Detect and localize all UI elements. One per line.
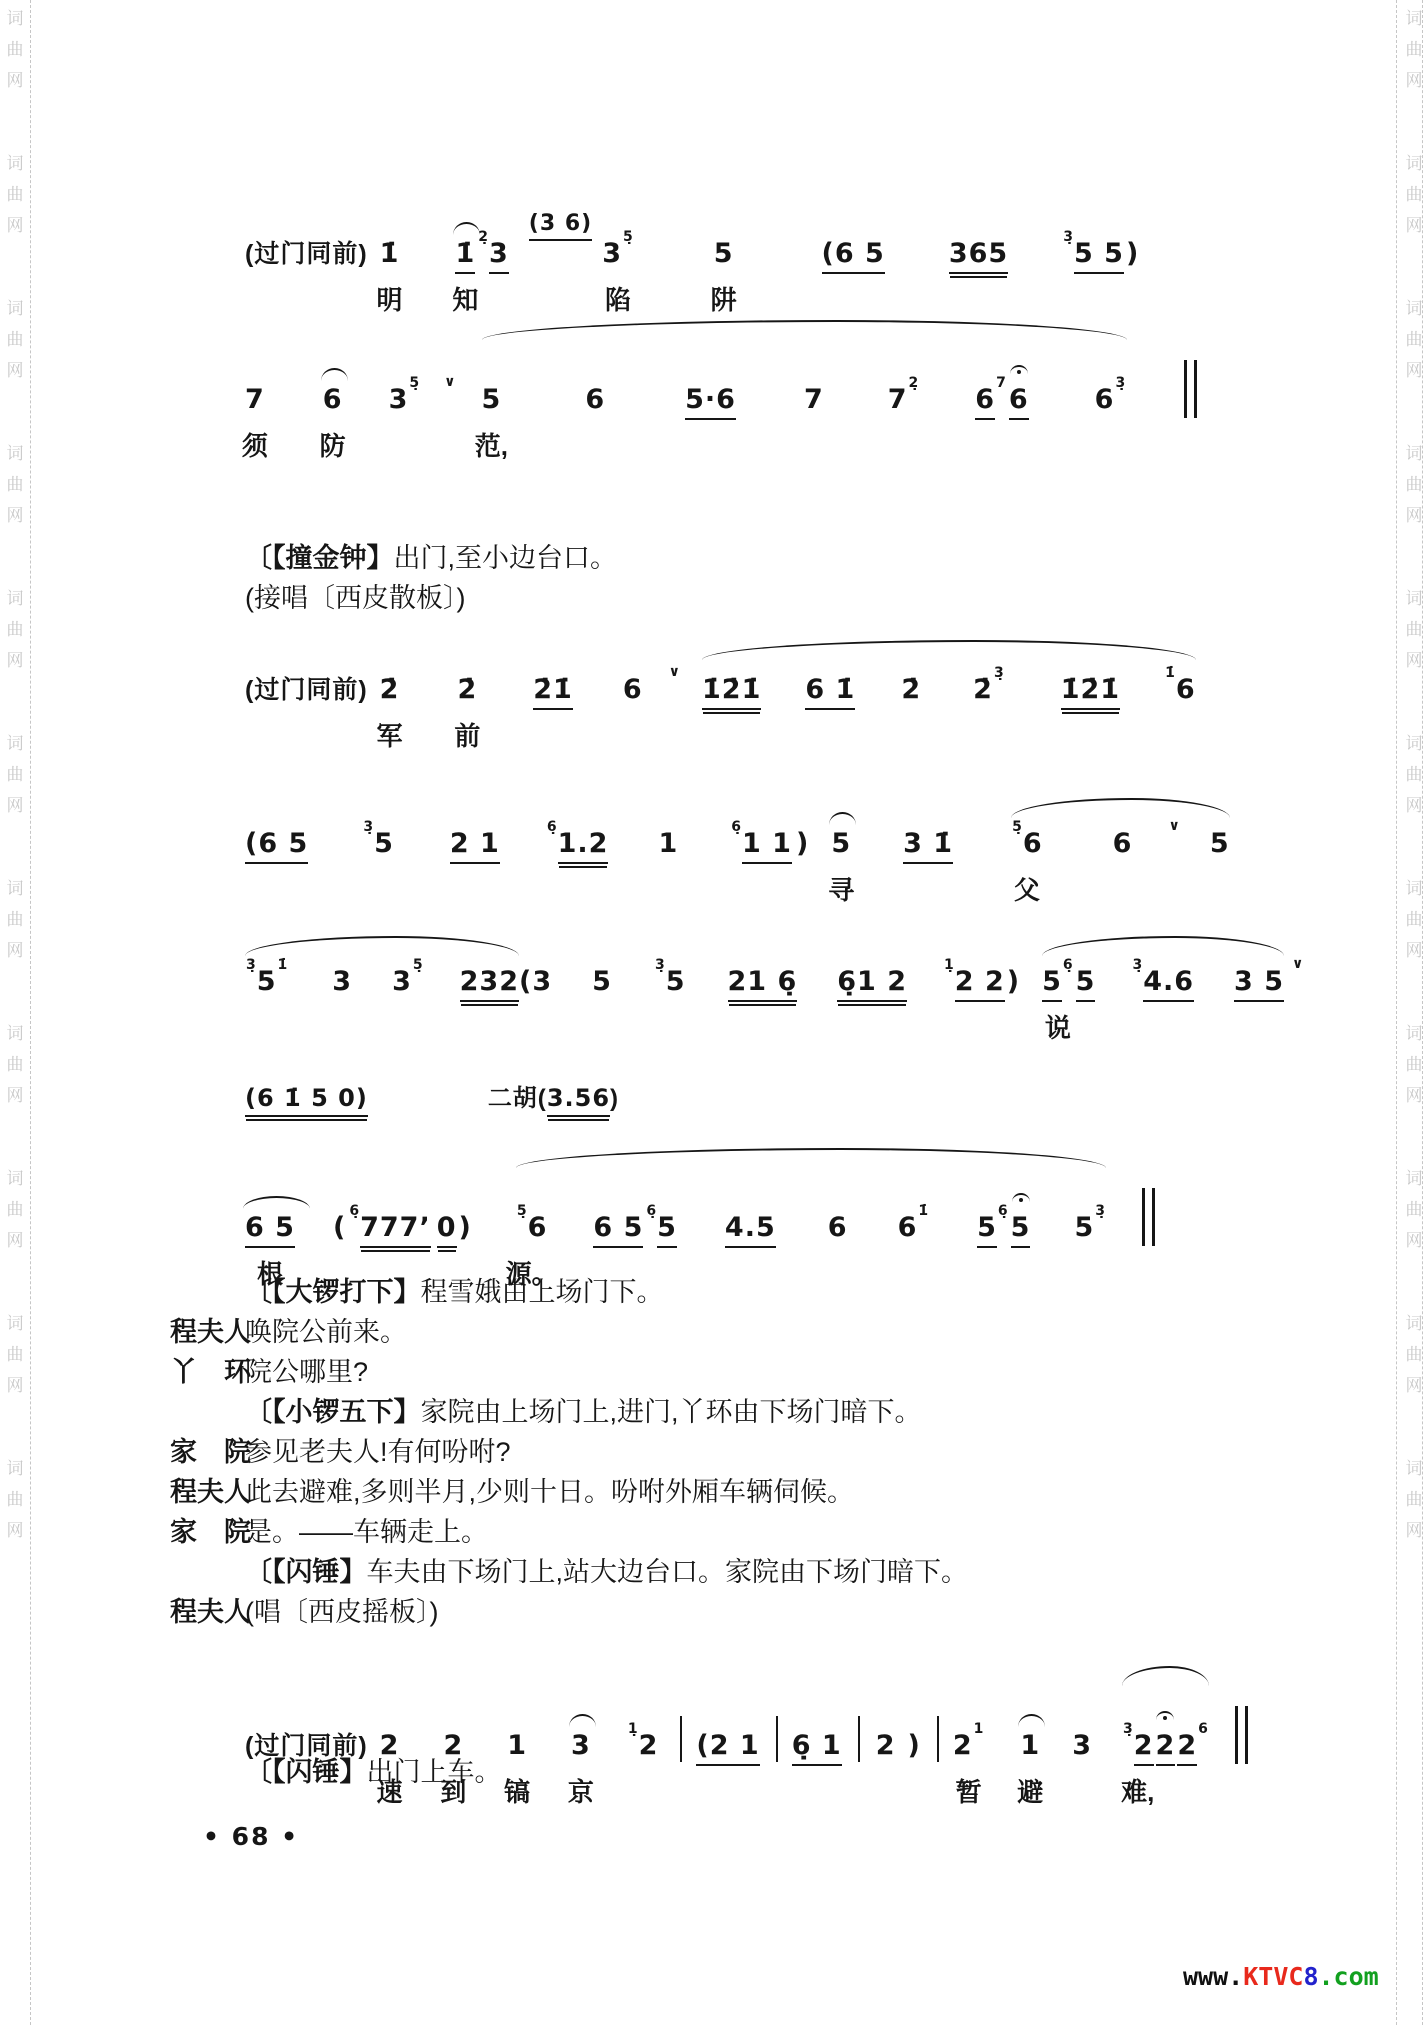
grace-note: 1̇: [278, 957, 288, 973]
note-token: 3̣51̇: [245, 966, 288, 1000]
note-figure: 7: [804, 384, 824, 418]
note-figure: 4.6: [1143, 966, 1194, 1002]
tie-arc: [243, 1196, 310, 1209]
grace-note: 1̇: [918, 1203, 928, 1219]
note-figure: ): [459, 1212, 472, 1246]
stage-directions-top: 〔【撞金钟】出门,至小边台口。(接唱〔西皮散板〕): [245, 538, 1425, 618]
note-figure: 4.5: [725, 1212, 776, 1248]
grace-note: 5̣: [409, 375, 419, 391]
note-token: (6 5: [245, 828, 308, 864]
watermark-char: 网: [3, 1232, 27, 1249]
note-token: 5̣6源。: [516, 1212, 548, 1246]
lyric-syllable: 军: [377, 716, 403, 753]
note-token: 5̣6父: [1011, 828, 1043, 862]
note-token: 63̣: [1095, 384, 1127, 418]
note-token: 1̇明: [380, 238, 400, 272]
note-token: 61̇: [898, 1212, 930, 1246]
grace-note: 2̣: [478, 229, 488, 245]
lyric-syllable: 父: [1014, 870, 1040, 907]
note-figure: 2 1: [450, 828, 500, 864]
watermark-group: 词曲网: [3, 300, 27, 379]
note-figure: 6: [1113, 828, 1133, 862]
watermark-char: 曲: [3, 476, 27, 493]
direction-text: 是。——车辆走上。: [245, 1517, 488, 1547]
note-figure: ): [796, 828, 809, 862]
script-row: 程夫人此去避难,多则半月,少则十日。吩咐外厢车辆伺候。: [170, 1472, 1370, 1512]
note-token: 5: [1011, 1212, 1031, 1248]
note-token: ): [610, 1084, 619, 1116]
fermata-icon: [1156, 1711, 1174, 1722]
note-token: 6̣1.2: [546, 828, 609, 864]
note-token: 6 5: [593, 1212, 643, 1248]
line-label: (过门同前): [245, 670, 368, 706]
watermark-char: 曲: [3, 1346, 27, 1363]
direction-text: (接唱〔西皮散板〕): [245, 583, 465, 613]
direction-text: 出门上车。: [367, 1757, 502, 1787]
fermata-icon: [1012, 1193, 1030, 1204]
note-token: 4.5: [725, 1212, 776, 1248]
note-figure: 3 5: [1234, 966, 1284, 1002]
percussion-cue: 〔【闪锤】: [245, 1557, 367, 1587]
note-token: 3 5: [1234, 966, 1284, 1002]
tie-arc: [453, 222, 480, 235]
percussion-cue: 〔【大锣打下】: [245, 1277, 421, 1307]
note-figure: ): [610, 1085, 619, 1116]
note-token: 6 1̇: [805, 674, 855, 710]
grace-note: 3̣: [1132, 957, 1142, 973]
note-figure: 1̇: [380, 238, 400, 272]
note-figure: 7: [888, 384, 908, 418]
note-token: 5: [1210, 828, 1230, 862]
fermata-icon: [1010, 365, 1028, 376]
note-figure: 365: [949, 238, 1008, 274]
direction-text: (唱〔西皮摇板〕): [245, 1597, 438, 1627]
note-figure: (3: [519, 966, 552, 1000]
watermark-char: 曲: [3, 186, 27, 203]
note-figure: 6 5: [245, 1212, 295, 1248]
line-label: (过门同前): [245, 234, 368, 270]
direction-text: 此去避难,多则半月,少则十日。吩咐外厢车辆伺候。: [245, 1477, 854, 1507]
grace-note: 6̣: [349, 1203, 359, 1219]
watermark-char: 曲: [3, 331, 27, 348]
note-token: 1̣2 2: [943, 966, 1005, 1002]
note-figure: 3: [602, 238, 622, 272]
script-row: 程夫人唤院公前来。: [170, 1312, 1370, 1352]
watermark-char: 词: [3, 1025, 27, 1042]
note-figure: 5: [666, 966, 686, 1000]
right-dashed-rule: [1396, 0, 1397, 2025]
note-token: 67: [975, 384, 1007, 420]
percussion-cue: 〔【撞金钟】: [245, 543, 394, 573]
note-token: 3̣5: [654, 966, 686, 1000]
note-figure: 5 5: [1074, 238, 1124, 274]
note-token: 2̇前: [457, 674, 477, 708]
grace-note: 5̣: [1012, 819, 1022, 835]
music-line-4: (6 53̣52 16̣1.216̣1 1)5寻3 1̇5̣6父6∨5: [245, 790, 1230, 864]
slur-arc: [1042, 936, 1284, 956]
script-row: 〔【闪锤】车夫由下场门上,站大边台口。家院由下场门暗下。: [170, 1552, 1370, 1592]
watermark-group: 词曲网: [3, 590, 27, 669]
watermark-char: 曲: [3, 766, 27, 783]
note-token: 6̣1 2: [837, 966, 907, 1002]
grace-note: 3̣: [246, 957, 256, 973]
note-figure: 7: [245, 384, 265, 418]
note-token: 365: [949, 238, 1008, 274]
watermark-char: 网: [3, 1377, 27, 1394]
tie-arc: [829, 812, 856, 825]
note-token: 6: [1009, 384, 1029, 420]
note-token: (: [333, 1212, 346, 1246]
note-token: (3 6): [529, 211, 592, 241]
note-figure: 3.56: [547, 1084, 610, 1117]
note-token: 6: [585, 384, 605, 418]
note-figure: 3: [389, 384, 409, 418]
watermark-char: 网: [3, 362, 27, 379]
note-token: 72̣: [888, 384, 920, 418]
note-token: 3: [332, 966, 352, 1000]
note-figure: 0: [437, 1212, 457, 1248]
watermark-char: 曲: [3, 1056, 27, 1073]
note-token: 21 6̣: [728, 966, 798, 1002]
note-figure: 3: [392, 966, 412, 1000]
barline: [1142, 1188, 1155, 1246]
note-figure: (6 5: [245, 828, 308, 864]
watermark-group: 词曲网: [3, 10, 27, 89]
note-figure: (: [333, 1212, 346, 1246]
note-figure: 6: [898, 1212, 918, 1246]
grace-note: 6̣: [547, 819, 557, 835]
direction-text: 程雪娥由上场门下。: [421, 1277, 664, 1307]
watermark-group: 词曲网: [3, 880, 27, 959]
site-watermark: www.KTVC8.com: [1183, 1962, 1379, 1991]
slur-arc: [245, 936, 519, 956]
note-token: ): [1007, 966, 1020, 1000]
grace-note: 1̣: [944, 957, 954, 973]
note-token: 1̇6: [1164, 674, 1196, 708]
grace-note: 3̣: [1095, 1203, 1105, 1219]
breath-mark: ∨: [1168, 828, 1179, 859]
watermark-group: 词曲网: [3, 1460, 27, 1539]
speaker-name: 程夫人: [170, 1592, 251, 1632]
grace-note: 6̣: [731, 819, 741, 835]
note-token: 1̇2̇1̇: [702, 674, 761, 710]
grace-note: 7: [996, 375, 1006, 391]
right-edge-dashed-rule: [1422, 0, 1423, 2025]
note-figure: 5: [1210, 828, 1230, 862]
note-figure: ): [1126, 238, 1139, 272]
script-row: (接唱〔西皮散板〕): [245, 578, 1425, 618]
music-line-5: 3̣51̇335̣232(353̣521 6̣6̣1 21̣2 2)56̣说53…: [245, 928, 1303, 1002]
note-token: 3 1̇: [903, 828, 953, 864]
music-line-3: (过门同前)2̇军2̇前2̇1̇6∨1̇2̇1̇6 1̇2̇2̇3̣1̇2̇1̇…: [245, 632, 1196, 710]
note-figure: 5: [977, 1212, 997, 1248]
grace-note: 5̣: [413, 957, 423, 973]
grace-note: 3̣: [363, 819, 373, 835]
note-figure: 5: [482, 384, 502, 418]
music-line-7: (过门同前)2速2到1镐3京1̣2(2 16̣ 12)21暂1避33̣2难,22…: [245, 1658, 1248, 1766]
note-figure: 6: [623, 674, 643, 708]
direction-text: 家院由上场门上,进门,丫环由下场门暗下。: [421, 1397, 922, 1427]
note-token: 6̣5: [645, 1212, 677, 1248]
note-token: 53̣: [1074, 1212, 1106, 1246]
note-figure: 1.2: [558, 828, 609, 864]
slur-arc: [1122, 1666, 1209, 1686]
lyric-syllable: 说: [1045, 1008, 1071, 1045]
note-figure: 1 1: [742, 828, 792, 864]
watermark-char: 网: [3, 507, 27, 524]
tie-arc: [321, 368, 348, 381]
watermark-char: 曲: [3, 41, 27, 58]
watermark-char: 词: [3, 10, 27, 27]
note-token: 7须: [245, 384, 265, 418]
note-figure: 6: [323, 384, 343, 418]
note-token: 35̣: [389, 384, 421, 418]
script-row: 〔【小锣五下】家院由上场门上,进门,丫环由下场门暗下。: [170, 1392, 1370, 1432]
note-figure: 2̇: [457, 674, 477, 708]
site-watermark-segment: www.: [1183, 1962, 1243, 1991]
note-figure: 5: [257, 966, 277, 1000]
note-token: (6 5: [822, 238, 885, 274]
note-token: 2̇1̇: [533, 674, 573, 710]
note-figure: 6: [1176, 674, 1196, 708]
lyric-syllable: 范,: [475, 426, 508, 463]
watermark-char: 网: [3, 652, 27, 669]
grace-note: 6̣: [998, 1203, 1008, 1219]
note-token: 2̇: [901, 674, 921, 708]
breath-glyph: ∨: [444, 374, 455, 390]
grace-note: 3̣: [994, 665, 1004, 681]
note-figure: 5: [1074, 1212, 1094, 1246]
note-token: 0: [437, 1212, 457, 1248]
note-token: 6: [623, 674, 643, 708]
note-figure: 6: [1009, 384, 1029, 420]
note-figure: 2̇1̇: [533, 674, 573, 710]
watermark-char: 词: [3, 1170, 27, 1187]
watermark-char: 网: [3, 72, 27, 89]
watermark-char: 词: [3, 1460, 27, 1477]
note-figure: 1: [658, 828, 678, 862]
note-token: ): [1126, 238, 1139, 272]
grace-note: 3̣: [1063, 229, 1073, 245]
music-line-6: 6 5根(6̣777ʼ0)5̣6源。6 56̣54.5661̇56̣553̣: [245, 1140, 1155, 1248]
note-token: 5: [1076, 966, 1096, 1002]
slur-arc: [702, 640, 1196, 660]
left-watermark-column: 词曲网词曲网词曲网词曲网词曲网词曲网词曲网词曲网词曲网词曲网词曲网: [3, 0, 27, 2025]
note-token: 5阱: [714, 238, 734, 272]
watermark-group: 词曲网: [3, 735, 27, 814]
note-figure: 777ʼ: [360, 1212, 431, 1248]
direction-text: 车夫由下场门上,站大边台口。家院由下场门暗下。: [367, 1557, 969, 1587]
lyric-syllable: 防: [320, 426, 346, 463]
lyric-syllable: 寻: [828, 870, 854, 907]
percussion-cue: 〔【小锣五下】: [245, 1397, 421, 1427]
note-token: 3̣4.6: [1131, 966, 1194, 1002]
left-dashed-rule: [30, 0, 31, 2025]
grace-note: 3̣: [655, 957, 665, 973]
note-token: (3: [519, 966, 552, 1000]
grace-note: 2̣: [909, 375, 919, 391]
note-figure: 6: [585, 384, 605, 418]
note-token: 35̣: [392, 966, 424, 1000]
grace-note: 6: [1198, 1721, 1208, 1737]
tie-arc: [569, 1714, 596, 1727]
note-token: 6防: [323, 384, 343, 418]
speaker-name: 程夫人: [170, 1472, 251, 1512]
music-line-1: (过门同前)1̇明1̇知2̣3(3 6)35̣陷5阱(6 53653̣5 5): [245, 196, 1139, 274]
watermark-char: 曲: [3, 1491, 27, 1508]
page-number: • 68 •: [203, 1822, 299, 1851]
grace-note: 6̣: [646, 1203, 656, 1219]
note-token: 2̇军: [380, 674, 400, 708]
watermark-char: 曲: [3, 621, 27, 638]
erhu-annotation-line: (6 1̇ 5 0)二胡(3.56): [245, 1062, 619, 1117]
note-figure: 6 1̇: [805, 674, 855, 710]
watermark-char: 网: [3, 942, 27, 959]
note-token: 232: [460, 966, 519, 1002]
note-token: 6 5根: [245, 1212, 295, 1248]
breath-mark: ∨: [444, 384, 455, 415]
speaker-name: 家 院: [170, 1512, 251, 1552]
watermark-char: 词: [3, 155, 27, 172]
note-token: ): [796, 828, 809, 862]
note-figure: 1̇2̇1̇: [1061, 674, 1120, 710]
note-token: 6̣777ʼ: [348, 1212, 430, 1248]
note-token: (6 1̇ 5 0): [245, 1084, 368, 1117]
note-figure: 5: [592, 966, 612, 1000]
script-row: 〔【撞金钟】出门,至小边台口。: [245, 538, 1425, 578]
note-figure: 2̇: [973, 674, 993, 708]
direction-text: 院公哪里?: [245, 1357, 368, 1387]
barline: [1184, 360, 1197, 418]
note-figure: 6 5: [593, 1212, 643, 1248]
site-watermark-segment: KTVC: [1243, 1962, 1303, 1991]
lyric-syllable: 须: [242, 426, 268, 463]
watermark-char: 词: [3, 445, 27, 462]
grace-note: 5̣: [517, 1203, 527, 1219]
breath-glyph: ∨: [1292, 956, 1303, 972]
watermark-group: 词曲网: [3, 1025, 27, 1104]
percussion-cue: 〔【闪锤】: [245, 1757, 367, 1787]
watermark-char: 曲: [3, 911, 27, 928]
script-row: 家 院参见老夫人!有何吩咐?: [170, 1432, 1370, 1472]
watermark-group: 词曲网: [3, 1315, 27, 1394]
score-page: 词曲网词曲网词曲网词曲网词曲网词曲网词曲网词曲网词曲网词曲网词曲网 词曲网词曲网…: [0, 0, 1425, 2025]
slur-arc: [482, 320, 1127, 340]
grace-note: 3̣: [1115, 375, 1125, 391]
note-figure: 21 6̣: [728, 966, 798, 1002]
note-figure: 6: [828, 1212, 848, 1246]
breath-mark: ∨: [669, 674, 680, 705]
note-token: 2̣3: [477, 238, 509, 274]
note-figure: 5: [714, 238, 734, 272]
note-figure: 232: [460, 966, 519, 1002]
note-figure: 5·6: [685, 384, 736, 420]
grace-note: 1̣: [628, 1721, 638, 1737]
note-figure: (3 6): [529, 211, 592, 241]
dialogue-block: 〔【大锣打下】程雪娥由上场门下。程夫人唤院公前来。丫 环院公哪里?〔【小锣五下】…: [170, 1272, 1370, 1632]
note-token: 1̇2̇1̇: [1061, 674, 1120, 710]
note-figure: 3: [332, 966, 352, 1000]
speaker-name: 家 院: [170, 1432, 251, 1472]
note-figure: 5: [657, 1212, 677, 1248]
note-figure: 6: [975, 384, 995, 420]
watermark-char: 词: [3, 590, 27, 607]
watermark-char: 网: [3, 217, 27, 234]
site-watermark-segment: 8: [1303, 1962, 1318, 1991]
note-figure: 5: [1042, 966, 1062, 1002]
note-figure: 6: [528, 1212, 548, 1246]
note-token: 2̇3̣: [973, 674, 1005, 708]
speaker-name: 丫 环: [170, 1352, 251, 1392]
note-token: 6: [1113, 828, 1133, 862]
stage-directions-bottom: 〔【闪锤】出门上车。: [245, 1752, 1425, 1792]
note-figure: 二胡(: [488, 1078, 547, 1116]
direction-text: 唤院公前来。: [245, 1317, 407, 1347]
script-row: 家 院是。——车辆走上。: [170, 1512, 1370, 1552]
script-row: 丫 环院公哪里?: [170, 1352, 1370, 1392]
note-figure: ): [1007, 966, 1020, 1000]
note-token: 5范,: [482, 384, 502, 418]
grace-note: 1: [974, 1721, 984, 1737]
note-token: 56̣: [977, 1212, 1009, 1248]
note-figure: 3 1̇: [903, 828, 953, 864]
note-token: 二胡(: [488, 1078, 547, 1116]
script-row: 〔【大锣打下】程雪娥由上场门下。: [170, 1272, 1370, 1312]
note-figure: 1̇: [455, 238, 475, 274]
note-token: 6̣1 1: [730, 828, 792, 864]
script-row: 〔【闪锤】出门上车。: [245, 1752, 1425, 1792]
speaker-name: 程夫人: [170, 1312, 251, 1352]
watermark-char: 网: [3, 1087, 27, 1104]
grace-note: 5̣: [623, 229, 633, 245]
note-figure: 5: [1076, 966, 1096, 1002]
note-token: ): [459, 1212, 472, 1246]
watermark-char: 词: [3, 1315, 27, 1332]
note-token: 2 1: [450, 828, 500, 864]
note-token: 56̣说: [1042, 966, 1074, 1002]
note-token: 3̣5: [362, 828, 394, 862]
note-figure: 2̇: [901, 674, 921, 708]
note-token: 7: [804, 384, 824, 418]
site-watermark-segment: .com: [1319, 1962, 1379, 1991]
note-figure: 6: [1023, 828, 1043, 862]
breath-mark: ∨: [1292, 966, 1303, 997]
watermark-char: 网: [3, 797, 27, 814]
breath-glyph: ∨: [669, 664, 680, 680]
note-figure: 6̣1 2: [837, 966, 907, 1002]
slur-arc: [516, 1148, 1106, 1168]
note-token: 3̣5 5: [1062, 238, 1124, 274]
note-token: 5·6: [685, 384, 736, 420]
note-token: 5: [592, 966, 612, 1000]
note-figure: 5: [831, 828, 851, 862]
note-figure: (6 5: [822, 238, 885, 274]
breath-glyph: ∨: [1168, 818, 1179, 834]
note-token: 1: [658, 828, 678, 862]
watermark-group: 词曲网: [3, 1170, 27, 1249]
note-figure: 1̇2̇1̇: [702, 674, 761, 710]
note-token: 6: [828, 1212, 848, 1246]
watermark-char: 词: [3, 300, 27, 317]
watermark-char: 网: [3, 1522, 27, 1539]
watermark-group: 词曲网: [3, 445, 27, 524]
watermark-char: 词: [3, 735, 27, 752]
script-row: 程夫人(唱〔西皮摇板〕): [170, 1592, 1370, 1632]
watermark-char: 词: [3, 880, 27, 897]
note-token: 3.56: [547, 1084, 610, 1117]
grace-note: 6̣: [1063, 957, 1073, 973]
grace-note: 3̣: [1123, 1721, 1133, 1737]
